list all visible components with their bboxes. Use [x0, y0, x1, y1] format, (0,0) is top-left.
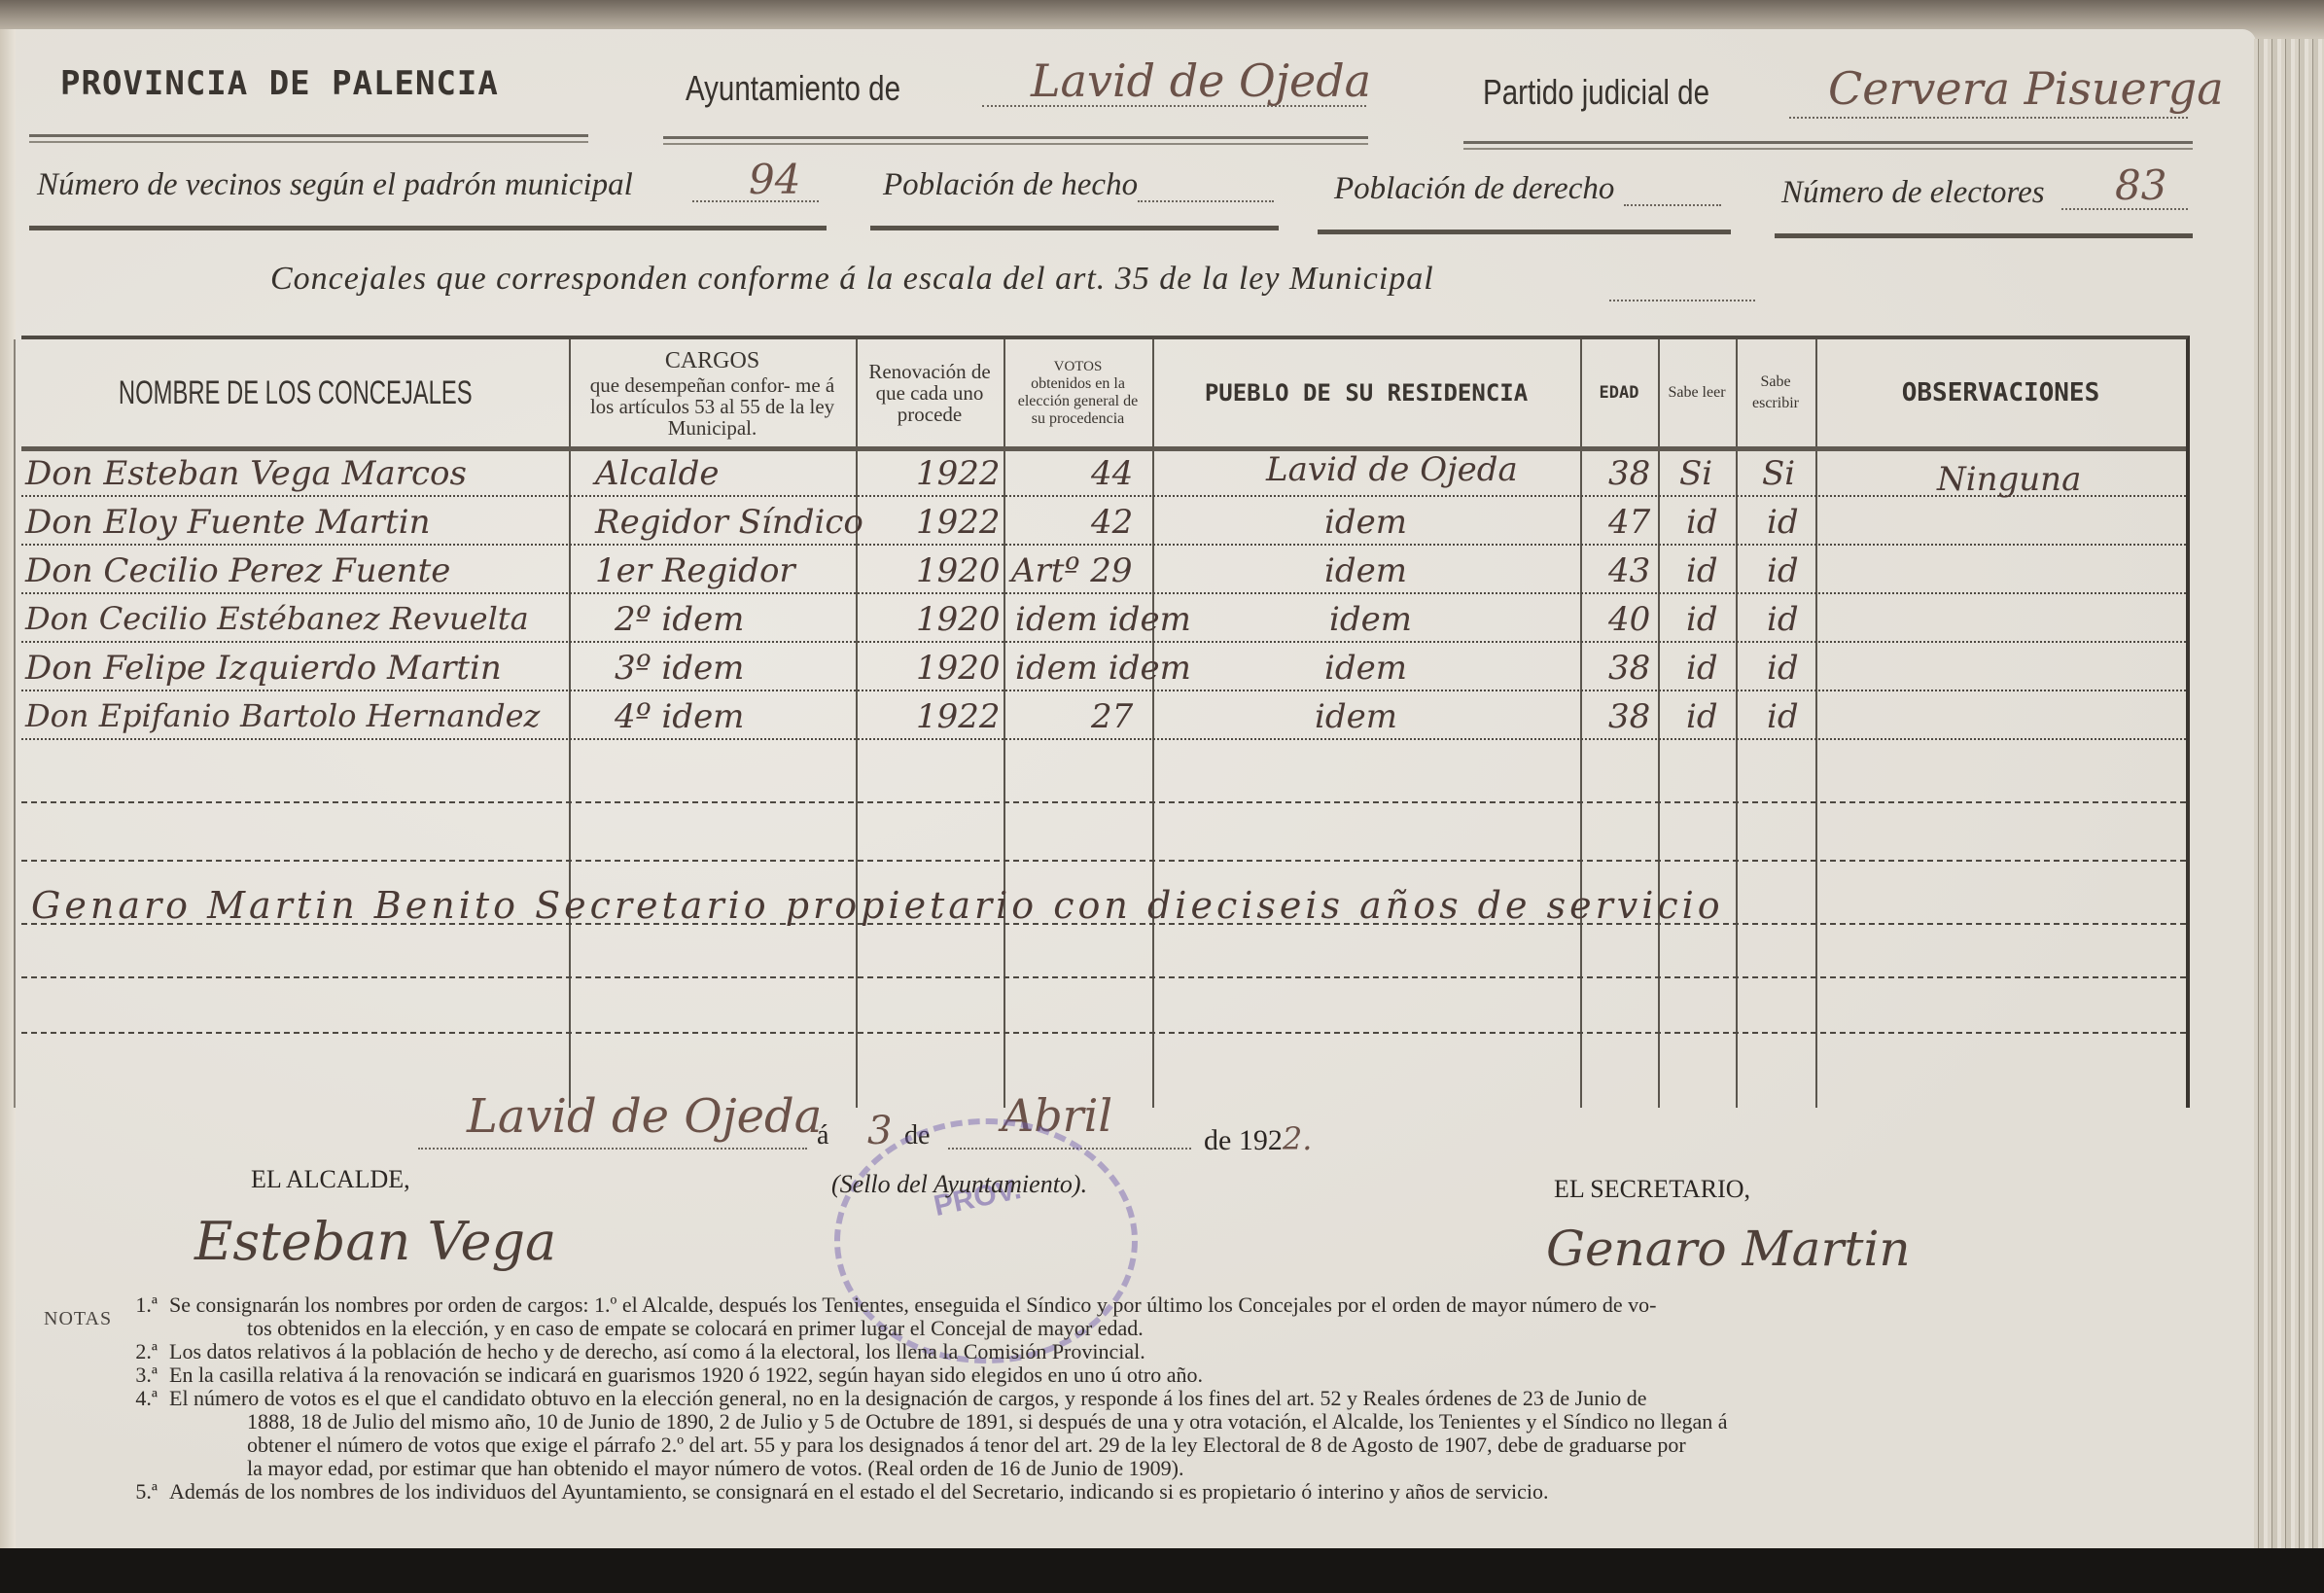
- cell-observaciones: Ninguna: [1937, 460, 2081, 499]
- cell-leer: id: [1686, 503, 1718, 542]
- concejales-table: NOMBRE DE LOS CONCEJALES CARGOS que dese…: [21, 336, 2190, 1108]
- col-header-sublabel: obtenidos en la elección general de su p…: [1010, 375, 1146, 428]
- cell-escribir: id: [1767, 551, 1799, 590]
- col-header-label: Sabe leer: [1668, 382, 1726, 404]
- alcalde-label: EL ALCALDE,: [251, 1165, 410, 1194]
- cell-renovacion: 1922: [916, 697, 1001, 736]
- col-divider: [1815, 339, 1817, 1108]
- vecinos-label: Número de vecinos según el padrón munici…: [37, 167, 633, 203]
- col-divider: [1658, 339, 1660, 1108]
- divider: [663, 136, 1368, 145]
- cell-cargo: 1er Regidor: [595, 551, 795, 590]
- divider: [29, 134, 588, 143]
- cell-votos: 44: [1091, 454, 1133, 493]
- note-item: 4.ªEl número de votos es el que el candi…: [117, 1387, 2295, 1480]
- partido-dots: [1789, 117, 2188, 119]
- cell-nombre: Don Cecilio Estébanez Revuelta: [25, 600, 529, 637]
- row-line: [21, 860, 2186, 862]
- divider: [870, 226, 1279, 230]
- cell-leer: id: [1686, 600, 1718, 639]
- poblacion-derecho-label: Población de derecho: [1334, 171, 1614, 207]
- row-line: [21, 690, 2186, 691]
- date-year-suffix: 2.: [1283, 1120, 1313, 1157]
- row-line: [21, 976, 2186, 978]
- date-year-prefix: de 192: [1204, 1124, 1283, 1156]
- cell-pueblo: idem: [1324, 551, 1407, 590]
- divider: [1463, 141, 2193, 150]
- cell-pueblo: idem: [1324, 503, 1407, 542]
- col-header-edad: EDAD: [1580, 339, 1658, 446]
- cell-renovacion: 1920: [916, 600, 1001, 639]
- col-divider: [569, 339, 571, 1108]
- cell-cargo: Regidor Síndico: [595, 503, 863, 542]
- cell-escribir: id: [1767, 697, 1799, 736]
- col-header-pueblo: PUEBLO DE SU RESIDENCIA: [1152, 339, 1580, 446]
- divider: [1318, 230, 1731, 234]
- poblacion-hecho-dots: [1138, 200, 1274, 202]
- secretario-signature: Genaro Martin: [1546, 1221, 1911, 1277]
- electores-label: Número de electores: [1781, 175, 2045, 211]
- cell-edad: 40: [1608, 600, 1650, 639]
- cell-cargo: 4º idem: [615, 697, 744, 736]
- note-line: tos obtenidos en la elección, y en caso …: [169, 1317, 2295, 1340]
- date-place: Lavid de Ojeda: [467, 1089, 822, 1144]
- col-header-renovacion: Renovación de que cada uno procede: [856, 339, 1004, 446]
- cell-nombre: Don Felipe Izquierdo Martin: [25, 649, 502, 688]
- partido-value: Cervera Pisuerga: [1828, 62, 2224, 115]
- note-item: 5.ªAdemás de los nombres de los individu…: [117, 1480, 2295, 1504]
- cell-escribir: id: [1767, 649, 1799, 688]
- cell-edad: 38: [1608, 454, 1650, 493]
- col-header-label: CARGOS: [665, 348, 759, 374]
- note-item: 3.ªEn la casilla relativa á la renovació…: [117, 1363, 2295, 1387]
- row-line: [21, 738, 2186, 740]
- col-header-observaciones: OBSERVACIONES: [1815, 339, 2186, 446]
- col-header-label: PUEBLO DE SU RESIDENCIA: [1205, 379, 1528, 407]
- note-line: la mayor edad, por estimar que han obten…: [169, 1457, 2295, 1480]
- note-line: Se consignarán los nombres por orden de …: [169, 1293, 2295, 1317]
- cell-votos: Artº 29: [1011, 551, 1133, 590]
- row-line: [21, 801, 2186, 803]
- cell-renovacion: 1922: [916, 503, 1001, 542]
- col-divider: [1152, 339, 1154, 1108]
- note-number: 1.ª: [117, 1293, 158, 1340]
- note-line: Además de los nombres de los individuos …: [169, 1480, 2295, 1504]
- cell-pueblo: idem: [1324, 649, 1407, 688]
- cell-votos: idem idem: [1015, 600, 1191, 639]
- col-header-sublabel: que desempeñan confor- me á los artículo…: [577, 374, 849, 439]
- cell-nombre: Don Eloy Fuente Martin: [25, 503, 430, 542]
- cell-renovacion: 1920: [916, 649, 1001, 688]
- cell-escribir: Si: [1762, 454, 1795, 493]
- date-a: á: [817, 1120, 828, 1151]
- notes-list: 1.ªSe consignarán los nombres por orden …: [117, 1293, 2295, 1504]
- cell-leer: id: [1686, 551, 1718, 590]
- sello-label: (Sello del Ayuntamiento).: [831, 1170, 1087, 1199]
- cell-cargo: 2º idem: [615, 600, 744, 639]
- row-line: [21, 544, 2186, 546]
- row-line: [21, 641, 2186, 643]
- province-title: PROVINCIA DE PALENCIA: [60, 64, 499, 103]
- cell-edad: 38: [1608, 649, 1650, 688]
- poblacion-hecho-label: Población de hecho: [883, 167, 1138, 203]
- cell-renovacion: 1920: [916, 551, 1001, 590]
- notes-label: NOTAS: [44, 1308, 112, 1330]
- alcalde-signature: Esteban Vega: [194, 1211, 556, 1272]
- col-divider: [1004, 339, 1005, 1108]
- cell-leer: Si: [1679, 454, 1712, 493]
- note-number: 2.ª: [117, 1340, 158, 1363]
- cell-pueblo: Lavid de Ojeda: [1266, 450, 1518, 489]
- col-divider: [1580, 339, 1582, 1108]
- cell-nombre: Don Esteban Vega Marcos: [25, 454, 467, 493]
- row-line: [21, 1032, 2186, 1034]
- col-header-cargos: CARGOS que desempeñan confor- me á los a…: [569, 339, 856, 446]
- ayuntamiento-value: Lavid de Ojeda: [1031, 54, 1371, 107]
- col-header-votos: VOTOS obtenidos en la elección general d…: [1004, 339, 1152, 446]
- concejales-dots: [1609, 300, 1755, 301]
- cell-cargo: Alcalde: [595, 454, 720, 493]
- cell-leer: id: [1686, 649, 1718, 688]
- cell-nombre: Don Epifanio Bartolo Hernandez: [25, 697, 540, 734]
- cell-leer: id: [1686, 697, 1718, 736]
- cell-cargo: 3º idem: [615, 649, 744, 688]
- note-line: obtener el número de votos que exige el …: [169, 1434, 2295, 1457]
- secretary-note: Genaro Martin Benito Secretario propieta…: [31, 884, 1724, 927]
- col-header-escribir: Sabe escribir: [1736, 339, 1815, 446]
- col-header-label: VOTOS: [1054, 359, 1103, 375]
- vecinos-value: 94: [749, 156, 800, 203]
- cell-escribir: id: [1767, 503, 1799, 542]
- col-header-label: NOMBRE DE LOS CONCEJALES: [119, 374, 473, 412]
- date-place-dots: [418, 1148, 807, 1150]
- col-header-label: Renovación de que cada uno procede: [864, 361, 996, 425]
- col-divider: [856, 339, 858, 1108]
- note-number: 5.ª: [117, 1480, 158, 1504]
- row-line: [21, 495, 2186, 497]
- divider: [1775, 233, 2193, 238]
- note-number: 4.ª: [117, 1387, 158, 1480]
- concejales-label: Concejales que corresponden conforme á l…: [270, 261, 1434, 298]
- poblacion-derecho-dots: [1624, 204, 1721, 206]
- cell-nombre: Don Cecilio Perez Fuente: [25, 551, 450, 590]
- header-divider: [21, 446, 2186, 451]
- row-line: [21, 592, 2186, 594]
- cell-votos: 42: [1091, 503, 1133, 542]
- note-item: 2.ªLos datos relativos á la población de…: [117, 1340, 2295, 1363]
- note-item: 1.ªSe consignarán los nombres por orden …: [117, 1293, 2295, 1340]
- electores-value: 83: [2115, 161, 2166, 209]
- cell-escribir: id: [1767, 600, 1799, 639]
- col-divider: [1736, 339, 1738, 1108]
- col-divider: [14, 339, 16, 1108]
- col-header-nombre: NOMBRE DE LOS CONCEJALES: [21, 339, 569, 446]
- ayuntamiento-label: Ayuntamiento de: [686, 68, 900, 109]
- note-line: El número de votos es el que el candidat…: [169, 1387, 2295, 1410]
- col-header-label: EDAD: [1600, 383, 1639, 403]
- cell-pueblo: idem: [1315, 697, 1397, 736]
- note-line: En la casilla relativa á la renovación s…: [169, 1363, 2295, 1387]
- cell-votos: idem idem: [1015, 649, 1191, 688]
- note-line: 1888, 18 de Julio del mismo año, 10 de J…: [169, 1410, 2295, 1434]
- secretario-label: EL SECRETARIO,: [1554, 1175, 1750, 1204]
- cell-votos: 27: [1091, 697, 1133, 736]
- cell-edad: 43: [1608, 551, 1650, 590]
- cell-pueblo: idem: [1329, 600, 1412, 639]
- col-header-label: OBSERVACIONES: [1902, 378, 2100, 407]
- background-dark-band: [0, 1548, 2324, 1593]
- cell-edad: 47: [1608, 503, 1650, 542]
- date-year: de 1922.: [1204, 1120, 1312, 1157]
- divider: [29, 226, 827, 230]
- cell-edad: 38: [1608, 697, 1650, 736]
- cell-renovacion: 1922: [916, 454, 1001, 493]
- note-line: Los datos relativos á la población de he…: [169, 1340, 2295, 1363]
- col-header-label: Sabe escribir: [1742, 372, 1810, 414]
- partido-label: Partido judicial de: [1483, 72, 1709, 113]
- col-header-leer: Sabe leer: [1658, 339, 1736, 446]
- note-number: 3.ª: [117, 1363, 158, 1387]
